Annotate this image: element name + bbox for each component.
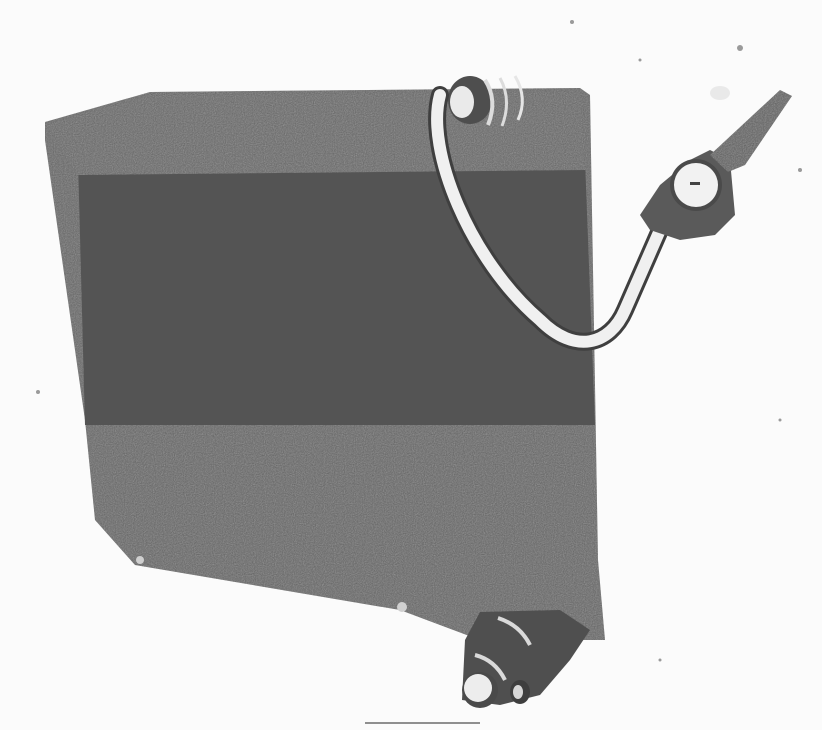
radiator-core bbox=[45, 88, 605, 640]
photograph bbox=[0, 0, 822, 730]
outlet-pipe bbox=[710, 86, 792, 172]
